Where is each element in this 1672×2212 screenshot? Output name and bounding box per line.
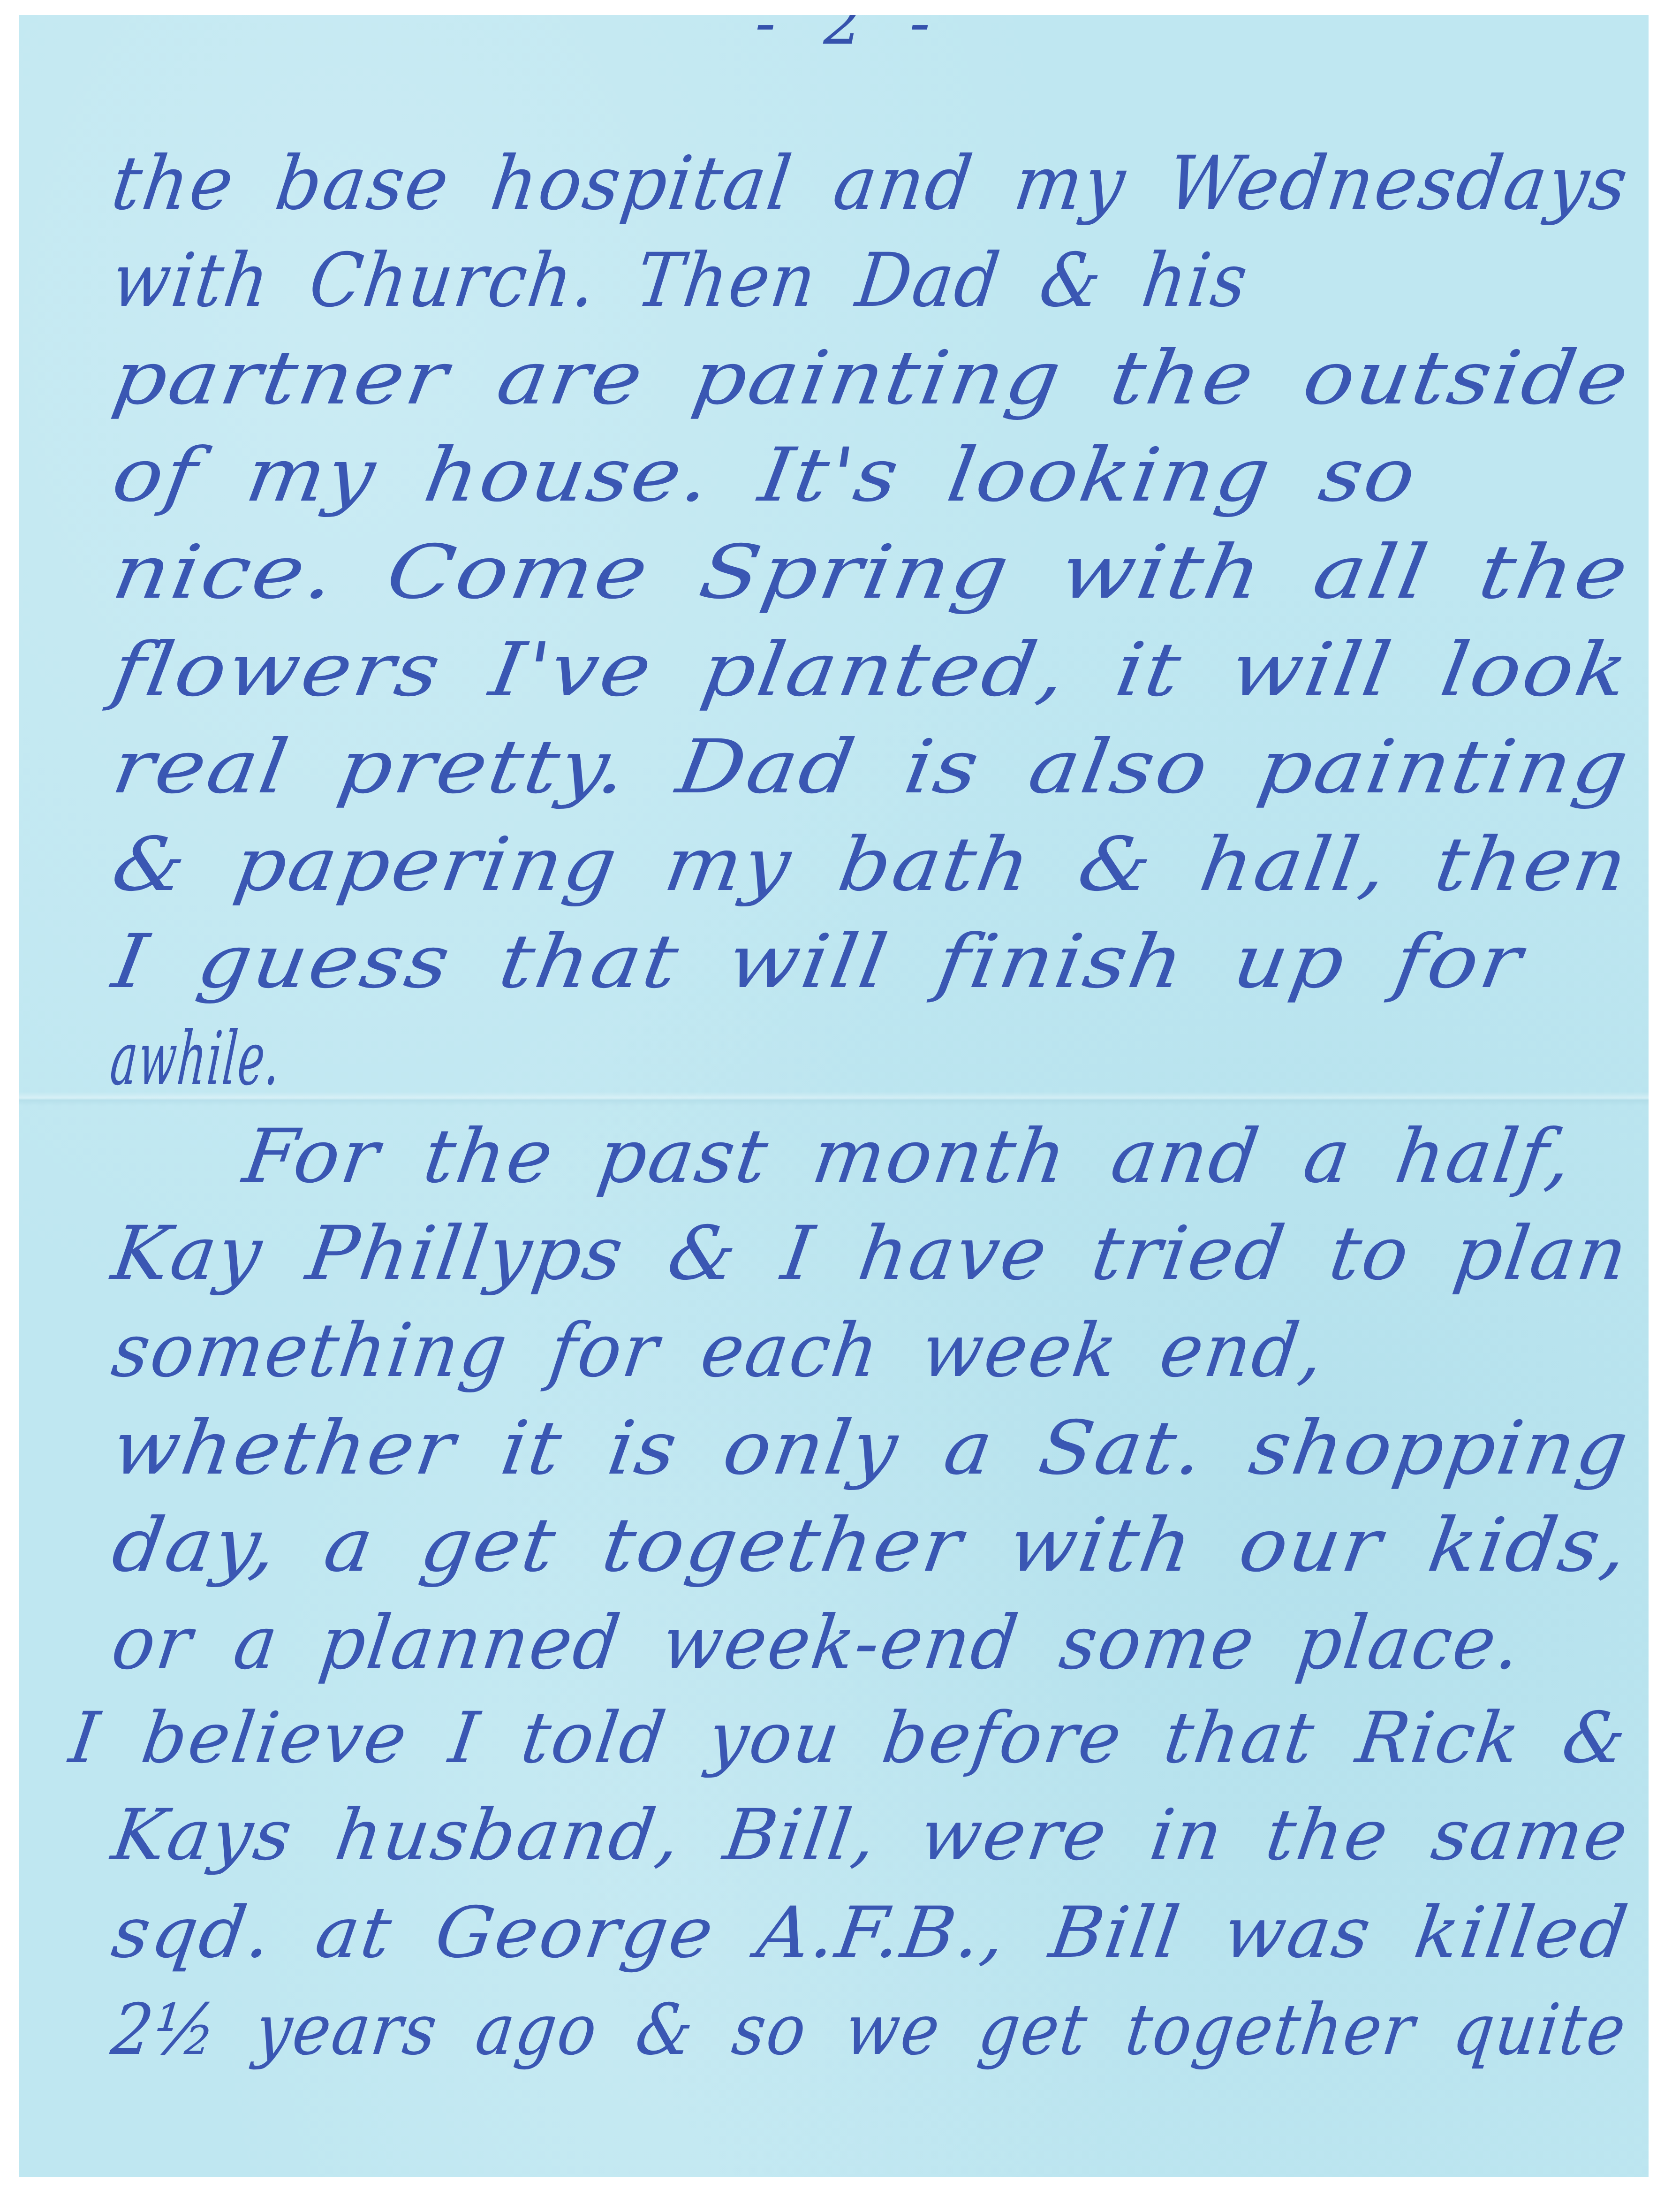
letter-line: For the past month and a half, [239, 1119, 1578, 1193]
letter-line: or a planned week-end some place. [108, 1606, 1526, 1680]
letter-line: awhile. [108, 1022, 284, 1096]
letter-line: sqd. at George A.F.B., Bill was killed [108, 1898, 1634, 1968]
letter-line: Kay Phillyps & I have tried to plan [108, 1216, 1634, 1291]
letter-line: real pretty. Dad is also painting [108, 730, 1635, 804]
letter-line: something for each week end, [108, 1314, 1330, 1388]
letter-line: I believe I told you before that Rick & [66, 1703, 1632, 1773]
letter-line: day, a get together with our kids, [108, 1508, 1634, 1582]
letter-line: nice. Come Spring with all the [108, 535, 1635, 609]
page-number: - 2 - [755, 15, 944, 58]
letter-line: & papering my bath & hall, then [108, 828, 1634, 902]
letter-page: - 2 - the base hospital and my Wednesday… [19, 15, 1649, 2177]
letter-line: Kays husband, Bill, were in the same [108, 1800, 1634, 1870]
letter-line: 2½ years ago & so we get together quite [108, 1995, 1631, 2065]
letter-line: I guess that will finish up for [108, 925, 1528, 999]
letter-line: partner are painting the outside [108, 341, 1635, 415]
letter-line: the base hospital and my Wednesdays [108, 146, 1634, 220]
letter-line: of my house. It's looking so [108, 438, 1422, 512]
letter-line: flowers I've planted, it will look [108, 633, 1634, 707]
letter-line: whether it is only a Sat. shopping [108, 1411, 1634, 1485]
letter-line: with Church. Then Dad & his [108, 243, 1253, 318]
